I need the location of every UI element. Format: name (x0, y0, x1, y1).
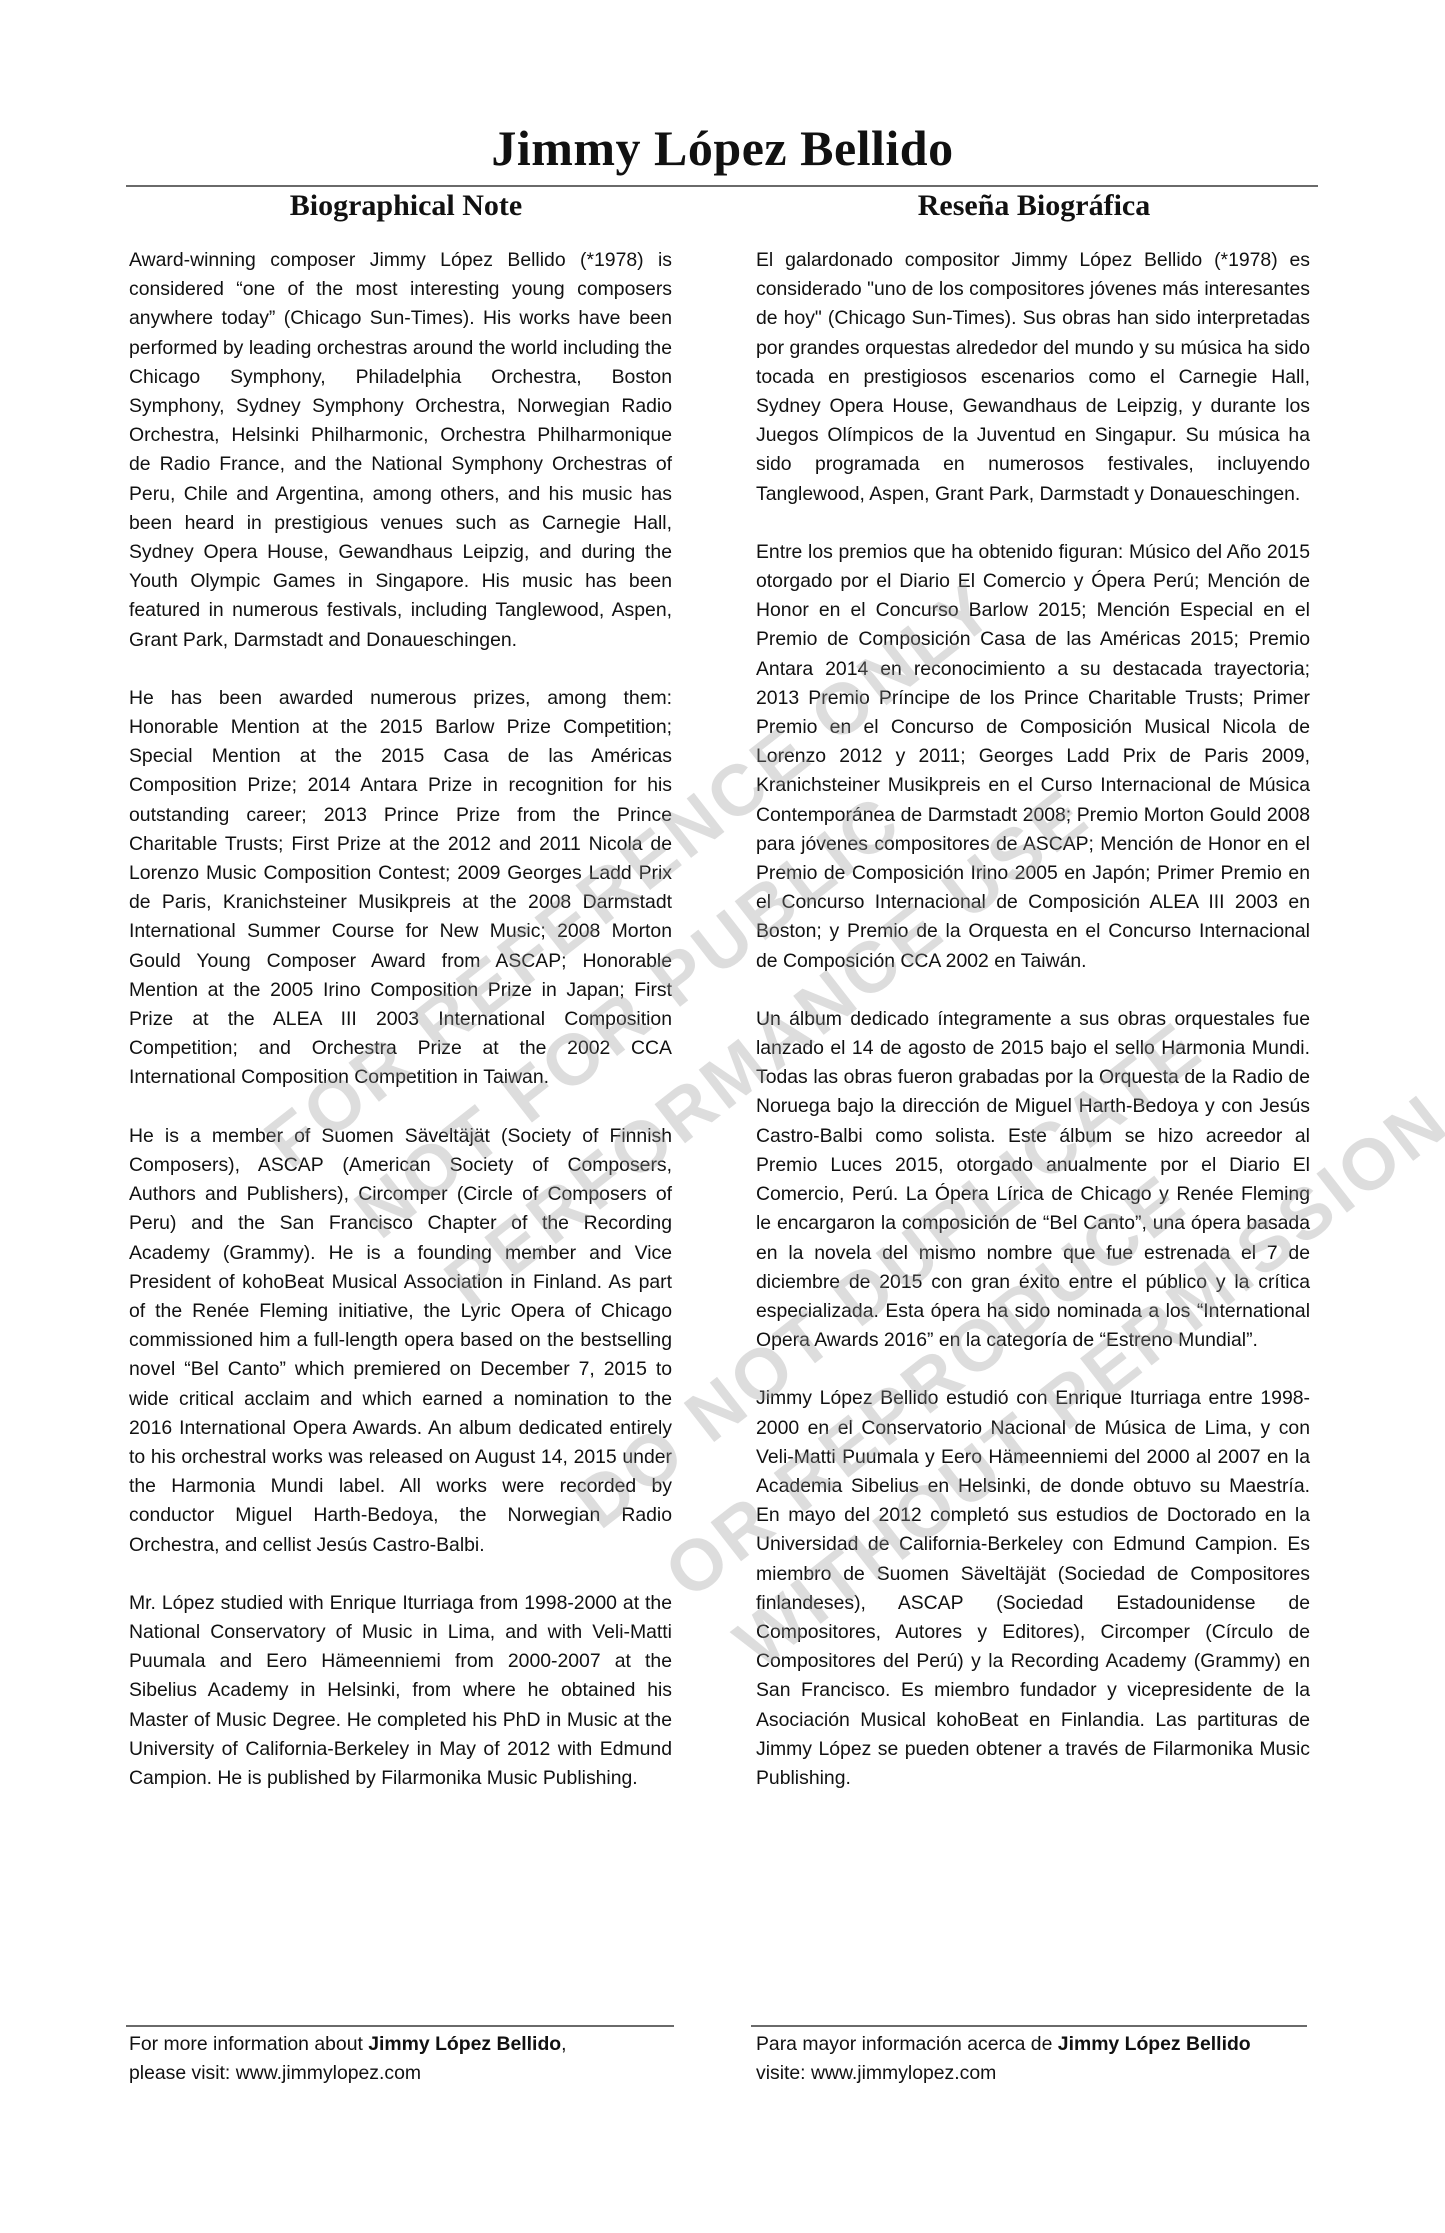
english-heading: Biographical Note (126, 186, 686, 226)
english-footer: For more information about Jimmy López B… (129, 2030, 689, 2088)
footer-punctuation: , (561, 2033, 566, 2055)
spanish-footer-website[interactable]: visite: www.jimmylopez.com (756, 2059, 1316, 2088)
spanish-paragraph-prizes: Entre los premios que ha obtenido figura… (756, 538, 1310, 976)
english-footer-divider (126, 2025, 674, 2027)
footer-composer-name: Jimmy López Bellido (368, 2033, 561, 2055)
biography-page: Jimmy López Bellido Biographical Note Re… (0, 0, 1445, 2233)
english-paragraph-prizes: He has been awarded numerous prizes, amo… (129, 684, 672, 1093)
footer-text: For more information about (129, 2033, 368, 2055)
spanish-heading: Reseña Biográfica (750, 186, 1318, 226)
spanish-column: El galardonado compositor Jimmy López Be… (756, 246, 1310, 1822)
english-column: Award-winning composer Jimmy López Belli… (129, 246, 672, 1822)
spanish-footer-divider (751, 2025, 1307, 2027)
english-paragraph-memberships: He is a member of Suomen Säveltäjät (Soc… (129, 1122, 672, 1560)
footer-composer-name: Jimmy López Bellido (1058, 2033, 1251, 2055)
page-title: Jimmy López Bellido (0, 118, 1445, 178)
spanish-paragraph-education: Jimmy López Bellido estudió con Enrique … (756, 1384, 1310, 1793)
spanish-footer-line1: Para mayor información acerca de Jimmy L… (756, 2030, 1316, 2059)
english-paragraph-education: Mr. López studied with Enrique Iturriaga… (129, 1589, 672, 1793)
english-paragraph-intro: Award-winning composer Jimmy López Belli… (129, 246, 672, 655)
spanish-paragraph-album: Un álbum dedicado íntegramente a sus obr… (756, 1005, 1310, 1355)
footer-text: Para mayor información acerca de (756, 2033, 1058, 2055)
english-footer-website[interactable]: please visit: www.jimmylopez.com (129, 2059, 689, 2088)
spanish-paragraph-intro: El galardonado compositor Jimmy López Be… (756, 246, 1310, 509)
spanish-footer: Para mayor información acerca de Jimmy L… (756, 2030, 1316, 2088)
english-footer-line1: For more information about Jimmy López B… (129, 2030, 689, 2059)
